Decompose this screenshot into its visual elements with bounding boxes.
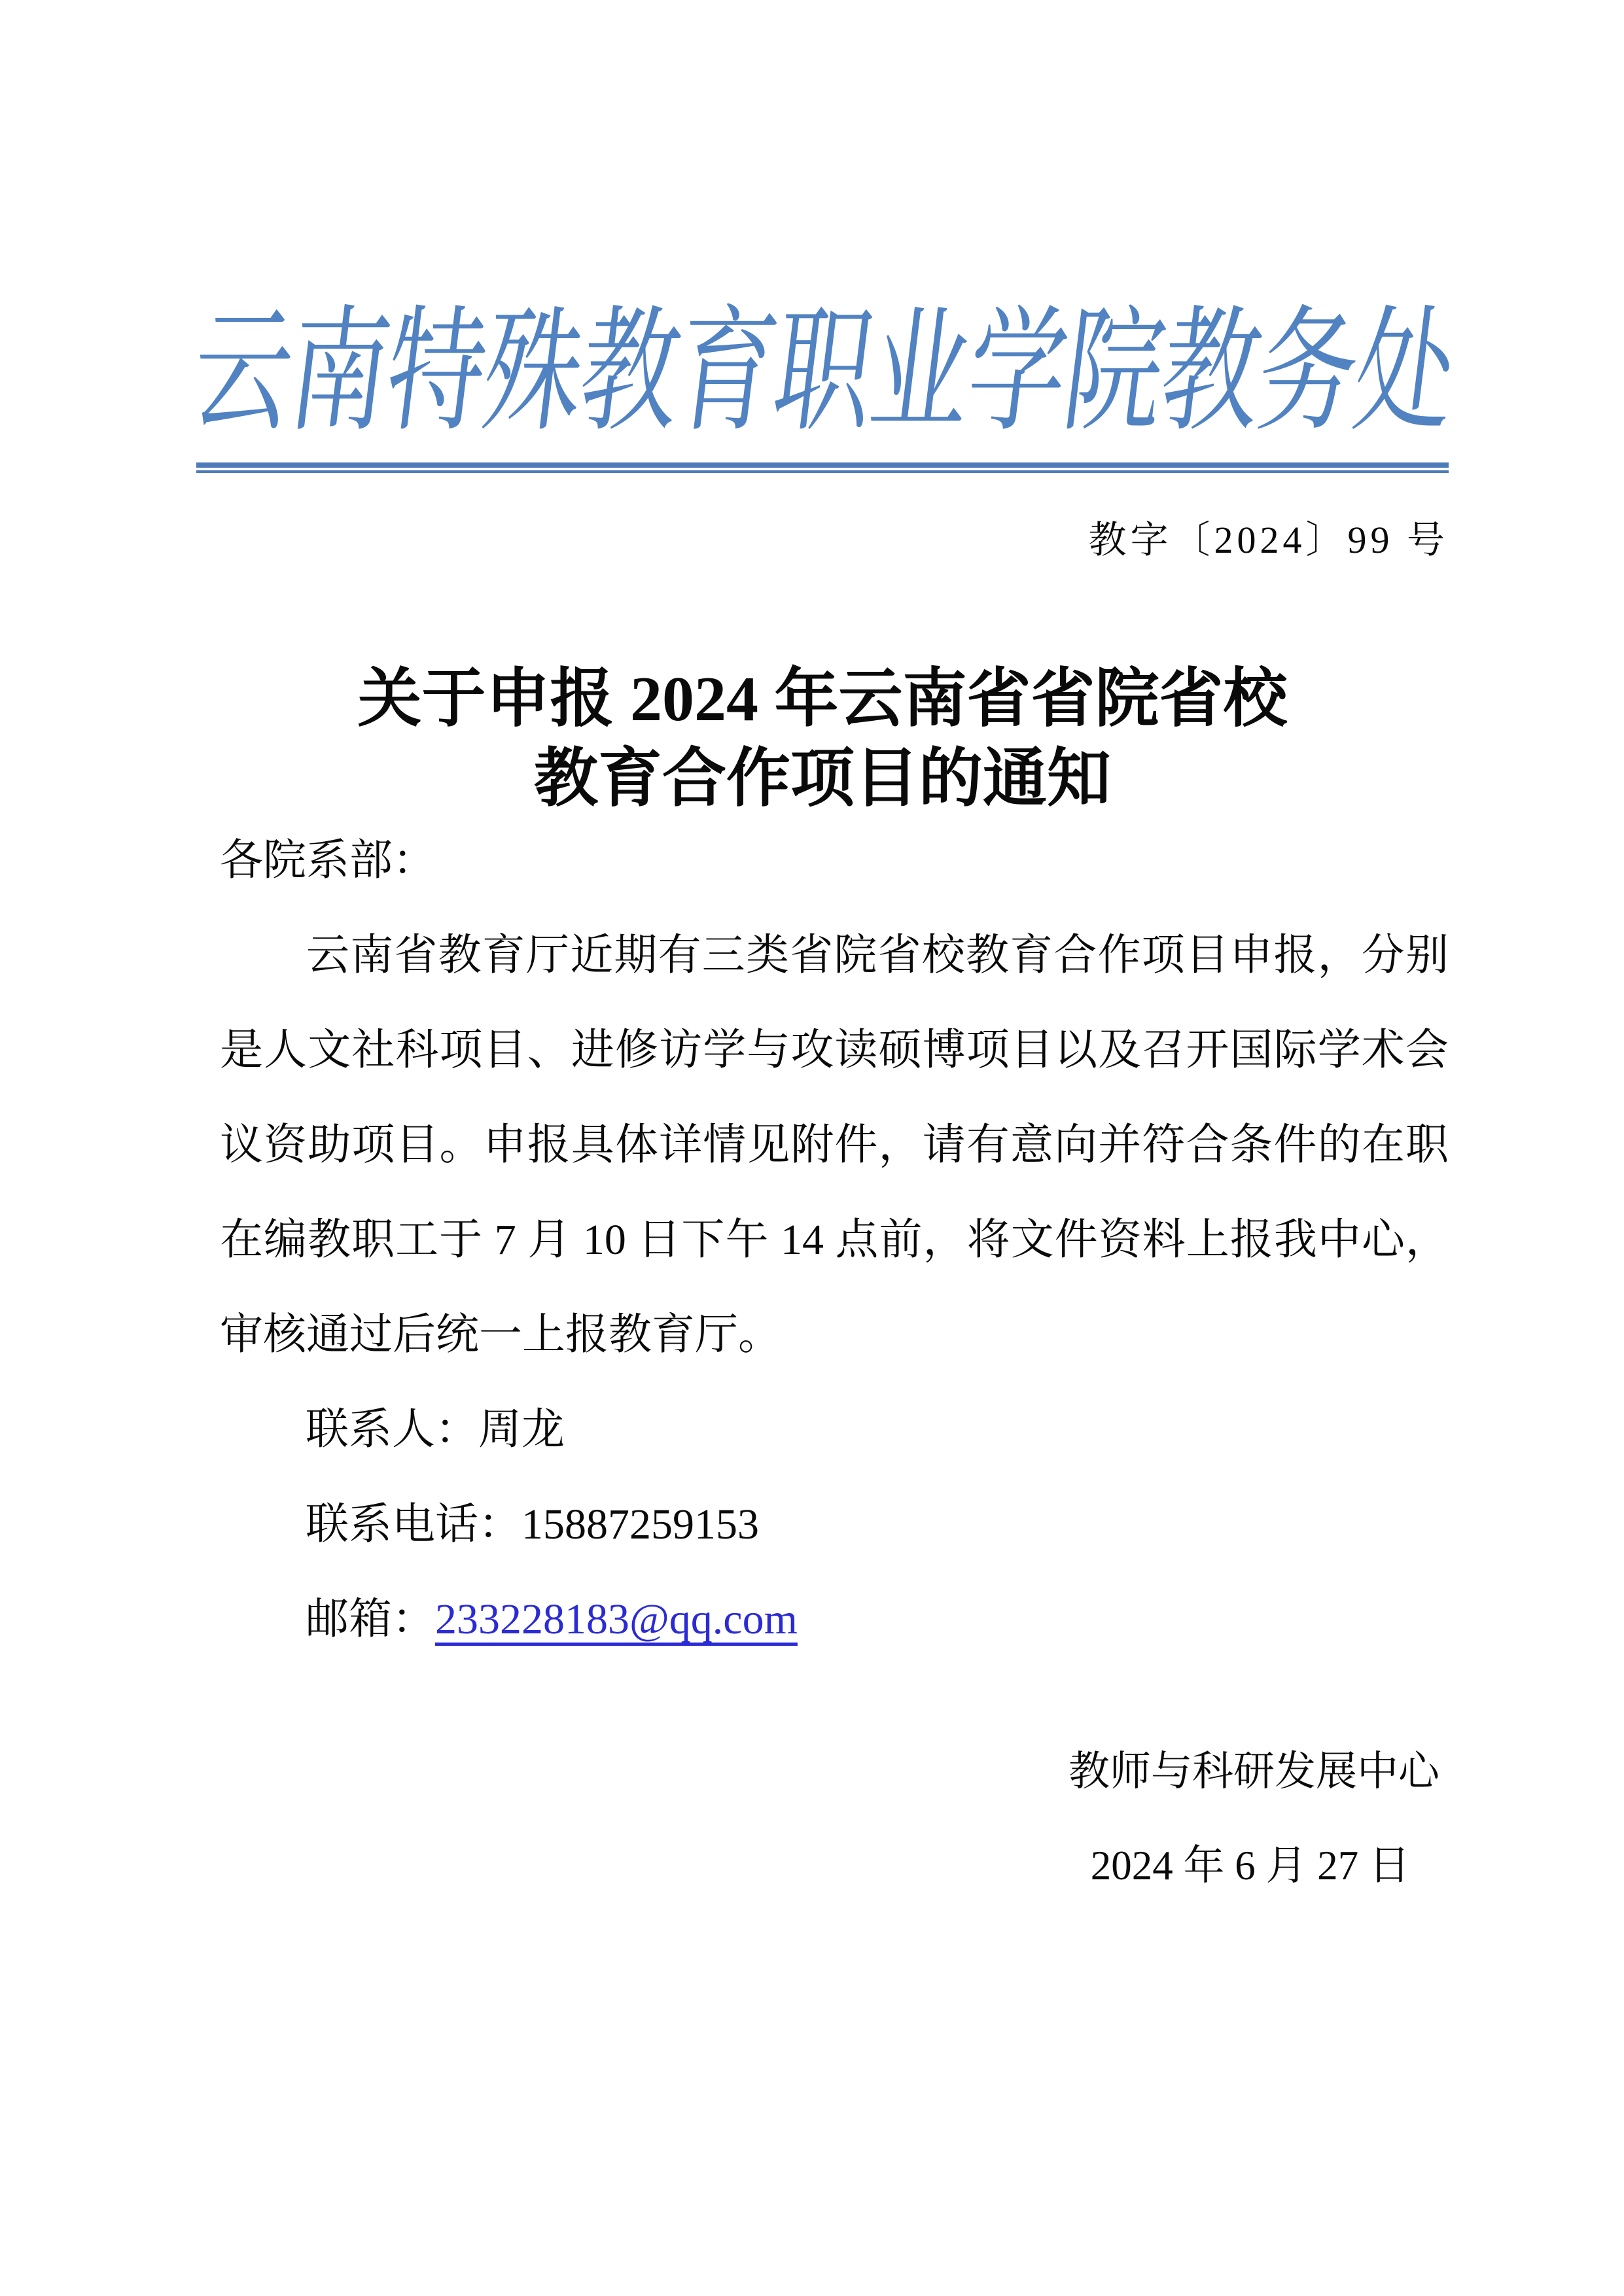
notice-title-line-1: 关于申报 2024 年云南省省院省校	[196, 659, 1449, 739]
body-line: 云南省教育厅近期有三类省院省校教育合作项目申报，分别	[220, 908, 1449, 1003]
document-page: 云南特殊教育职业学院教务处 教字〔2024〕99 号 关于申报 2024 年云南…	[0, 0, 1624, 2296]
contact-person-label: 联系人：	[306, 1406, 478, 1453]
body-line: 是人文社科项目、进修访学与攻读硕博项目以及召开国际学术会	[220, 1003, 1449, 1098]
masthead-rule-thick	[196, 462, 1449, 468]
notice-title-line-2: 教育合作项目的通知	[196, 739, 1449, 819]
signature-date: 2024 年 6 月 27 日	[1091, 1833, 1410, 1898]
body-line: 议资助项目。申报具体详情见附件，请有意向并符合条件的在职	[220, 1098, 1449, 1192]
contact-email-line: 邮箱：233228183@qq.com	[220, 1572, 1449, 1667]
masthead-rule-thin	[196, 470, 1449, 473]
contact-phone-line: 联系电话：15887259153	[220, 1477, 1449, 1572]
notice-title: 关于申报 2024 年云南省省院省校 教育合作项目的通知	[196, 659, 1449, 819]
signature-department: 教师与科研发展中心	[1068, 1739, 1439, 1804]
email-link[interactable]: 233228183@qq.com	[435, 1595, 798, 1643]
masthead: 云南特殊教育职业学院教务处	[196, 293, 1449, 457]
contact-phone-value: 15887259153	[521, 1501, 759, 1548]
doc-number: 教字〔2024〕99 号	[196, 515, 1449, 565]
salutation: 各院系部：	[220, 813, 1449, 908]
masthead-title: 云南特殊教育职业学院教务处	[186, 305, 1461, 441]
contact-person-value: 周龙	[478, 1406, 565, 1453]
contact-email-label: 邮箱：	[306, 1595, 435, 1643]
notice-body: 各院系部： 云南省教育厅近期有三类省院省校教育合作项目申报，分别 是人文社科项目…	[220, 813, 1449, 1667]
contact-phone-label: 联系电话：	[306, 1501, 521, 1548]
contact-person-line: 联系人：周龙	[220, 1382, 1449, 1477]
body-line: 在编教职工于 7 月 10 日下午 14 点前，将文件资料上报我中心，	[220, 1192, 1449, 1287]
body-line: 审核通过后统一上报教育厅。	[220, 1287, 1449, 1382]
